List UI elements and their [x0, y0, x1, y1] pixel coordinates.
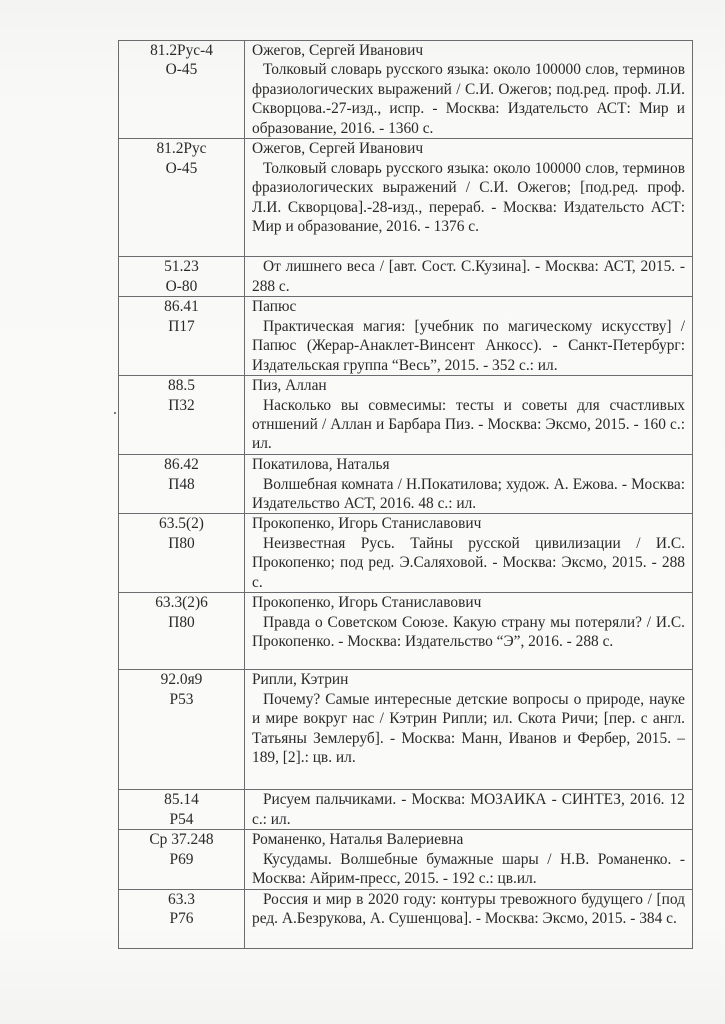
table-row: 86.42 П48 Покатилова, Наталья Волшебная …	[119, 455, 693, 514]
table-row: 63.3 Р76 Россия и мир в 2020 году: конту…	[119, 889, 693, 948]
classification-code-cell: 63.5(2) П80	[119, 514, 245, 593]
bibliographic-text: Неизвестная Русь. Тайны русской цивилиза…	[252, 534, 685, 592]
scan-artifact-dot	[114, 412, 116, 414]
table-row: 63.5(2) П80 Прокопенко, Игорь Станиславо…	[119, 514, 693, 593]
bibliographic-description-cell: От лишнего веса / [авт. Сост. С.Кузина].…	[245, 257, 693, 297]
author-mark: О-45	[119, 60, 244, 79]
bibliographic-text: От лишнего веса / [авт. Сост. С.Кузина].…	[252, 257, 685, 296]
author-mark: П32	[119, 396, 244, 415]
bibliographic-text: Практическая магия: [учебник по магическ…	[252, 317, 685, 375]
author-name: Романенко, Наталья Валериевна	[252, 830, 685, 849]
author-name: Покатилова, Наталья	[252, 455, 685, 474]
bibliographic-text: Волшебная комната / Н.Покатилова; худож.…	[252, 475, 685, 514]
author-mark: Р54	[119, 810, 244, 829]
author-mark: Р53	[119, 690, 244, 709]
bibliographic-description-cell: Ожегов, Сергей Иванович Толковый словарь…	[245, 41, 693, 139]
bibliographic-text: Рисуем пальчиками. - Москва: МОЗАИКА - С…	[252, 790, 685, 829]
classification-code: 51.23	[119, 257, 244, 276]
classification-code: 85.14	[119, 790, 244, 809]
author-name: Прокопенко, Игорь Станиславович	[252, 514, 685, 533]
classification-code: 63.5(2)	[119, 514, 244, 533]
author-mark: П17	[119, 317, 244, 336]
classification-code-cell: 63.3 Р76	[119, 889, 245, 948]
table-row: 85.14 Р54 Рисуем пальчиками. - Москва: М…	[119, 790, 693, 830]
bibliographic-description-cell: Пиз, Аллан Насколько вы совмесимы: тесты…	[245, 376, 693, 455]
author-name: Ожегов, Сергей Иванович	[252, 41, 685, 60]
classification-code-cell: 86.42 П48	[119, 455, 245, 514]
catalog-body: 81.2Рус-4 О-45 Ожегов, Сергей Иванович Т…	[119, 41, 693, 949]
scanned-page: 81.2Рус-4 О-45 Ожегов, Сергей Иванович Т…	[0, 0, 725, 1024]
bibliographic-text: Толковый словарь русского языка: около 1…	[252, 60, 685, 138]
table-row: Ср 37.248 Р69 Романенко, Наталья Валерие…	[119, 830, 693, 889]
classification-code-cell: 81.2Рус О-45	[119, 139, 245, 257]
author-mark: П48	[119, 475, 244, 494]
author-name: Папюс	[252, 297, 685, 316]
classification-code: 86.41	[119, 297, 244, 316]
table-row: 51.23 О-80 От лишнего веса / [авт. Сост.…	[119, 257, 693, 297]
author-name: Пиз, Аллан	[252, 376, 685, 395]
author-mark: П80	[119, 534, 244, 553]
bibliographic-text: Правда о Советском Союзе. Какую страну м…	[252, 613, 685, 652]
table-row: 81.2Рус О-45 Ожегов, Сергей Иванович Тол…	[119, 139, 693, 257]
author-mark: П80	[119, 613, 244, 632]
table-row: 86.41 П17 Папюс Практическая магия: [уче…	[119, 297, 693, 376]
bibliographic-description-cell: Рисуем пальчиками. - Москва: МОЗАИКА - С…	[245, 790, 693, 830]
classification-code-cell: 85.14 Р54	[119, 790, 245, 830]
bibliographic-text: Почему? Самые интересные детские вопросы…	[252, 690, 685, 768]
classification-code-cell: 88.5 П32	[119, 376, 245, 455]
author-name: Ожегов, Сергей Иванович	[252, 139, 685, 158]
classification-code: 92.0я9	[119, 670, 244, 689]
classification-code: 88.5	[119, 376, 244, 395]
table-row: 81.2Рус-4 О-45 Ожегов, Сергей Иванович Т…	[119, 41, 693, 139]
classification-code: 81.2Рус	[119, 139, 244, 158]
classification-code-cell: 86.41 П17	[119, 297, 245, 376]
classification-code-cell: 81.2Рус-4 О-45	[119, 41, 245, 139]
catalog-table: 81.2Рус-4 О-45 Ожегов, Сергей Иванович Т…	[118, 40, 693, 949]
bibliographic-description-cell: Покатилова, Наталья Волшебная комната / …	[245, 455, 693, 514]
bibliographic-description-cell: Ожегов, Сергей Иванович Толковый словарь…	[245, 139, 693, 257]
author-name: Прокопенко, Игорь Станиславович	[252, 593, 685, 612]
bibliographic-description-cell: Романенко, Наталья Валериевна Кусудамы. …	[245, 830, 693, 889]
classification-code: Ср 37.248	[119, 830, 244, 849]
author-mark: Р69	[119, 850, 244, 869]
author-mark: О-80	[119, 277, 244, 296]
bibliographic-text: Кусудамы. Волшебные бумажные шары / Н.В.…	[252, 850, 685, 889]
bibliographic-text: Россия и мир в 2020 году: контуры тревож…	[252, 890, 685, 929]
bibliographic-description-cell: Папюс Практическая магия: [учебник по ма…	[245, 297, 693, 376]
bibliographic-description-cell: Прокопенко, Игорь Станиславович Правда о…	[245, 593, 693, 670]
classification-code: 63.3	[119, 890, 244, 909]
table-row: 88.5 П32 Пиз, Аллан Насколько вы совмеси…	[119, 376, 693, 455]
author-mark: Р76	[119, 909, 244, 928]
bibliographic-description-cell: Прокопенко, Игорь Станиславович Неизвест…	[245, 514, 693, 593]
classification-code-cell: 51.23 О-80	[119, 257, 245, 297]
classification-code-cell: 92.0я9 Р53	[119, 670, 245, 790]
classification-code-cell: Ср 37.248 Р69	[119, 830, 245, 889]
bibliographic-description-cell: Рипли, Кэтрин Почему? Самые интересные д…	[245, 670, 693, 790]
bibliographic-text: Толковый словарь русского языка: около 1…	[252, 159, 685, 237]
classification-code: 86.42	[119, 455, 244, 474]
author-name: Рипли, Кэтрин	[252, 670, 685, 689]
classification-code: 81.2Рус-4	[119, 41, 244, 60]
author-mark: О-45	[119, 159, 244, 178]
classification-code-cell: 63.3(2)6 П80	[119, 593, 245, 670]
classification-code: 63.3(2)6	[119, 593, 244, 612]
bibliographic-description-cell: Россия и мир в 2020 году: контуры тревож…	[245, 889, 693, 948]
table-row: 92.0я9 Р53 Рипли, Кэтрин Почему? Самые и…	[119, 670, 693, 790]
table-row: 63.3(2)6 П80 Прокопенко, Игорь Станислав…	[119, 593, 693, 670]
bibliographic-text: Насколько вы совмесимы: тесты и советы д…	[252, 396, 685, 454]
